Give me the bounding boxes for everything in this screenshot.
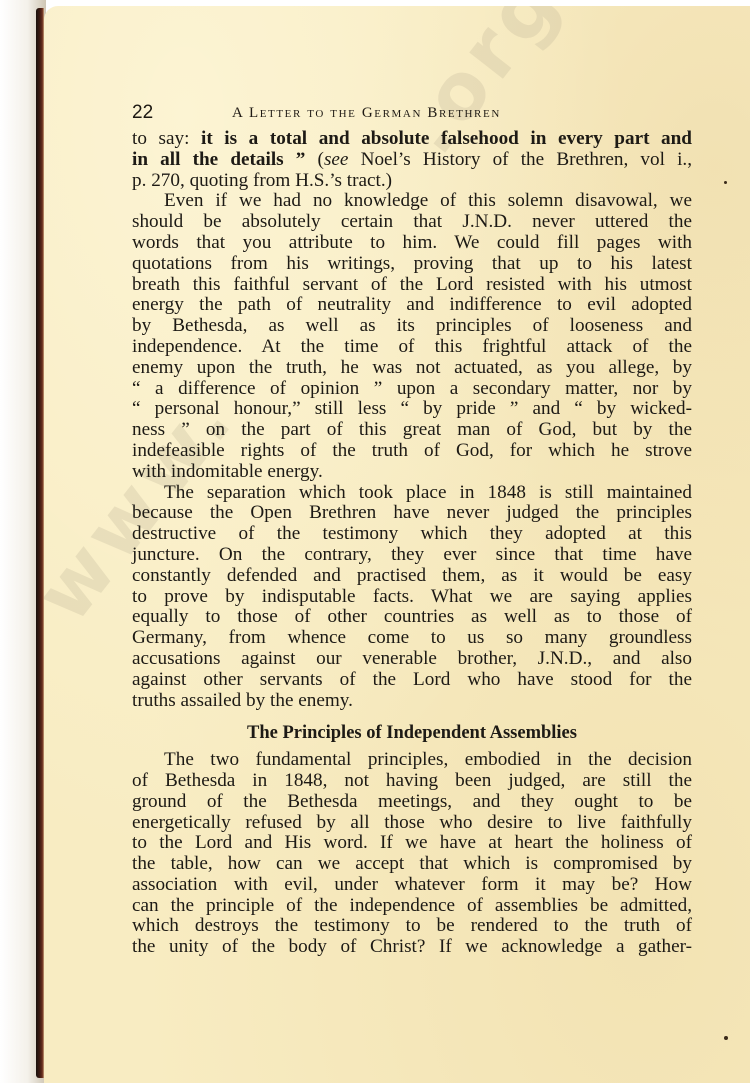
text-line: “ a difference of opinion ” upon a secon… <box>132 379 692 400</box>
text-run: juncture. On the contrary, they ever sin… <box>132 544 692 565</box>
text-line: accusations against our venerable brothe… <box>132 649 692 670</box>
text-line: with indomitable energy. <box>132 462 692 483</box>
text-line: association with evil, under whatever fo… <box>132 875 692 896</box>
text-run: because the Open Brethren have never jud… <box>132 502 692 523</box>
running-title: A Letter to the German Brethren <box>232 105 501 122</box>
text-run: Even if we had no knowledge of this sole… <box>164 190 692 211</box>
text-run: to prove by indisputable facts. What we … <box>132 586 692 607</box>
text-run: independence. At the time of this fright… <box>132 336 692 357</box>
text-line: destructive of the testimony which they … <box>132 524 692 545</box>
bold-text: in all the details ” <box>132 149 305 170</box>
text-run: destructive of the testimony which they … <box>132 523 692 544</box>
text-run: of Bethesda in 1848, not having been jud… <box>132 770 692 791</box>
italic-text: see <box>324 149 349 170</box>
bold-text: it is a total and absolute falsehood in … <box>201 128 692 149</box>
text-run: which destroys the testimony to be rende… <box>132 915 692 936</box>
body-text: to say: it is a total and absolute false… <box>132 129 692 958</box>
text-run: constantly defended and practised them, … <box>132 565 692 586</box>
text-run: association with evil, under whatever fo… <box>132 874 692 895</box>
text-run: ground of the Bethesda meetings, and the… <box>132 791 692 812</box>
text-run: quotations from his writings, proving th… <box>132 253 692 274</box>
paragraph: to say: it is a total and absolute false… <box>132 129 692 191</box>
text-line: energy the path of neutrality and indiff… <box>132 295 692 316</box>
text-line: the unity of the body of Christ? If we a… <box>132 937 692 958</box>
text-line: “ personal honour,” still less “ by prid… <box>132 399 692 420</box>
running-head: 22 A Letter to the German Brethren <box>132 102 692 126</box>
text-run: The two fundamental principles, embodied… <box>164 749 692 770</box>
section-heading: The Principles of Independent Assemblies <box>132 723 692 744</box>
paper-speck <box>724 1036 728 1040</box>
text-line: words that you attribute to him. We coul… <box>132 233 692 254</box>
paragraph: The separation which took place in 1848 … <box>132 483 692 712</box>
text-line: quotations from his writings, proving th… <box>132 254 692 275</box>
text-run: to the Lord and His word. If we have at … <box>132 832 692 853</box>
text-run: with indomitable energy. <box>132 461 323 482</box>
text-line: against other servants of the Lord who h… <box>132 670 692 691</box>
text-run: truths assailed by the enemy. <box>132 690 353 711</box>
text-line: p. 270, quoting from H.S.’s tract.) <box>132 171 692 192</box>
text-line: enemy upon the truth, he was not actuate… <box>132 358 692 379</box>
text-line: breath this faithful servant of the Lord… <box>132 275 692 296</box>
text-run: “ a difference of opinion ” upon a secon… <box>132 378 692 399</box>
text-line: should be absolutely certain that J.N.D.… <box>132 212 692 233</box>
text-line: to say: it is a total and absolute false… <box>132 129 692 150</box>
text-line: ness ” on the part of this great man of … <box>132 420 692 441</box>
text-line: ground of the Bethesda meetings, and the… <box>132 792 692 813</box>
text-line: can the principle of the independence of… <box>132 896 692 917</box>
text-run: by Bethesda, as well as its principles o… <box>132 315 692 336</box>
book-page: www. .org 22 A Letter to the German Bret… <box>44 6 750 1083</box>
paragraphs: to say: it is a total and absolute false… <box>132 129 692 711</box>
text-run: ( <box>305 149 324 170</box>
text-run: to say: <box>132 128 201 149</box>
text-line: constantly defended and practised them, … <box>132 566 692 587</box>
text-run: against other servants of the Lord who h… <box>132 669 692 690</box>
text-run: energy the path of neutrality and indiff… <box>132 294 692 315</box>
text-run: “ personal honour,” still less “ by prid… <box>132 398 692 419</box>
text-line: the table, how can we accept that which … <box>132 854 692 875</box>
text-run: words that you attribute to him. We coul… <box>132 232 692 253</box>
text-line: juncture. On the contrary, they ever sin… <box>132 545 692 566</box>
text-run: equally to those of other countries as w… <box>132 606 692 627</box>
text-line: which destroys the testimony to be rende… <box>132 916 692 937</box>
text-line: The two fundamental principles, embodied… <box>132 750 692 771</box>
text-run: indefeasible rights of the truth of God,… <box>132 440 692 461</box>
text-line: truths assailed by the enemy. <box>132 691 692 712</box>
text-line: of Bethesda in 1848, not having been jud… <box>132 771 692 792</box>
section-paragraph: The two fundamental principles, embodied… <box>132 750 692 958</box>
text-line: because the Open Brethren have never jud… <box>132 503 692 524</box>
text-line: to prove by indisputable facts. What we … <box>132 587 692 608</box>
book-spine-edge <box>36 8 44 1078</box>
text-run: ness ” on the part of this great man of … <box>132 419 692 440</box>
text-run: the table, how can we accept that which … <box>132 853 692 874</box>
text-run: enemy upon the truth, he was not actuate… <box>132 357 692 378</box>
text-line: to the Lord and His word. If we have at … <box>132 833 692 854</box>
text-run: energetically refused by all those who d… <box>132 812 692 833</box>
text-run: Noel’s History of the Brethren, vol i., <box>348 149 692 170</box>
text-run: accusations against our venerable brothe… <box>132 648 692 669</box>
paragraph: Even if we had no knowledge of this sole… <box>132 191 692 482</box>
text-line: The separation which took place in 1848 … <box>132 483 692 504</box>
text-line: indefeasible rights of the truth of God,… <box>132 441 692 462</box>
text-line: Even if we had no knowledge of this sole… <box>132 191 692 212</box>
paper-speck <box>724 181 727 184</box>
text-run: the unity of the body of Christ? If we a… <box>132 936 692 957</box>
text-run: can the principle of the independence of… <box>132 895 692 916</box>
text-run: breath this faithful servant of the Lord… <box>132 274 692 295</box>
text-run: Germany, from whence come to us so many … <box>132 627 692 648</box>
text-line: independence. At the time of this fright… <box>132 337 692 358</box>
text-line: in all the details ” (see Noel’s History… <box>132 150 692 171</box>
text-run: p. 270, quoting from H.S.’s tract.) <box>132 170 392 191</box>
page-number: 22 <box>132 102 153 124</box>
text-line: by Bethesda, as well as its principles o… <box>132 316 692 337</box>
text-run: should be absolutely certain that J.N.D.… <box>132 211 692 232</box>
text-line: energetically refused by all those who d… <box>132 813 692 834</box>
text-line: Germany, from whence come to us so many … <box>132 628 692 649</box>
text-run: The separation which took place in 1848 … <box>164 482 692 503</box>
text-line: equally to those of other countries as w… <box>132 607 692 628</box>
